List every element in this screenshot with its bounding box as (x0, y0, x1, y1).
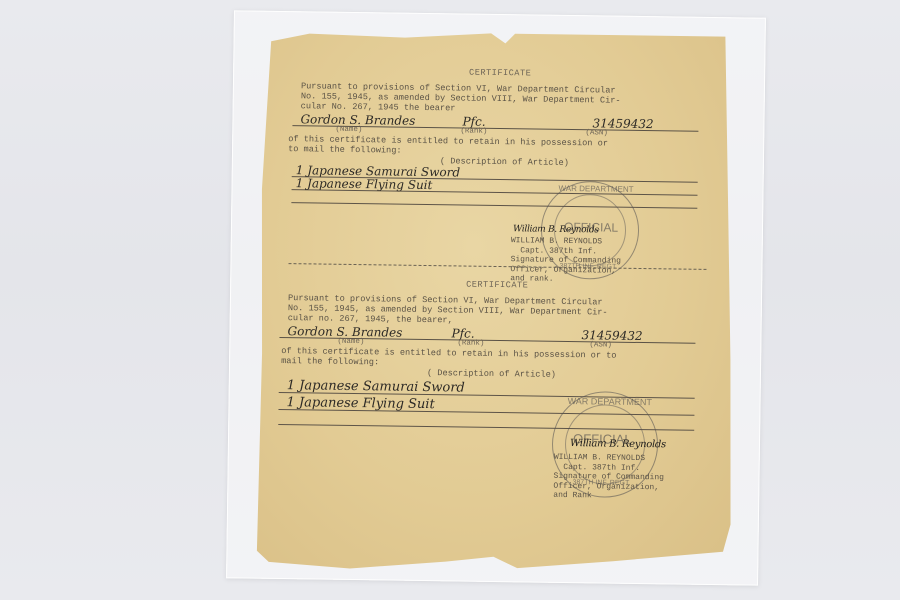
bearer-rank: Pfc. (451, 328, 474, 338)
name-label: (Name) (337, 337, 364, 347)
certificate-1: CERTIFICATE Pursuant to provisions of Se… (259, 65, 739, 210)
article-2: 1 Japanese Flying Suit (286, 398, 434, 410)
certificate-title: CERTIFICATE (261, 65, 739, 82)
article-1: 1 Japanese Samurai Sword (287, 381, 465, 393)
certificate-divider (289, 263, 707, 270)
rank-label: (Rank) (457, 338, 484, 348)
name-label: (Name) (335, 125, 362, 135)
asn-label: (ASN) (585, 128, 608, 138)
signer-block: WILLIAM B. REYNOLDS Capt. 387th Inf. Sig… (553, 453, 664, 502)
asn-label: (ASN) (589, 340, 612, 350)
certificate-2: CERTIFICATE Pursuant to provisions of Se… (256, 277, 736, 432)
commanding-officer-signature: William B. Reynolds (513, 224, 599, 235)
certificate-title: CERTIFICATE (258, 277, 736, 294)
commanding-officer-signature: William B. Reynolds (570, 439, 666, 450)
bearer-rank: Pfc. (462, 117, 485, 127)
article-2: 1 Japanese Flying Suit (296, 178, 433, 190)
rank-label: (Rank) (460, 126, 487, 136)
document-paper: CERTIFICATE Pursuant to provisions of Se… (254, 25, 740, 580)
signer-block: WILLIAM B. REYNOLDS Capt. 387th Inf. Sig… (510, 236, 621, 285)
